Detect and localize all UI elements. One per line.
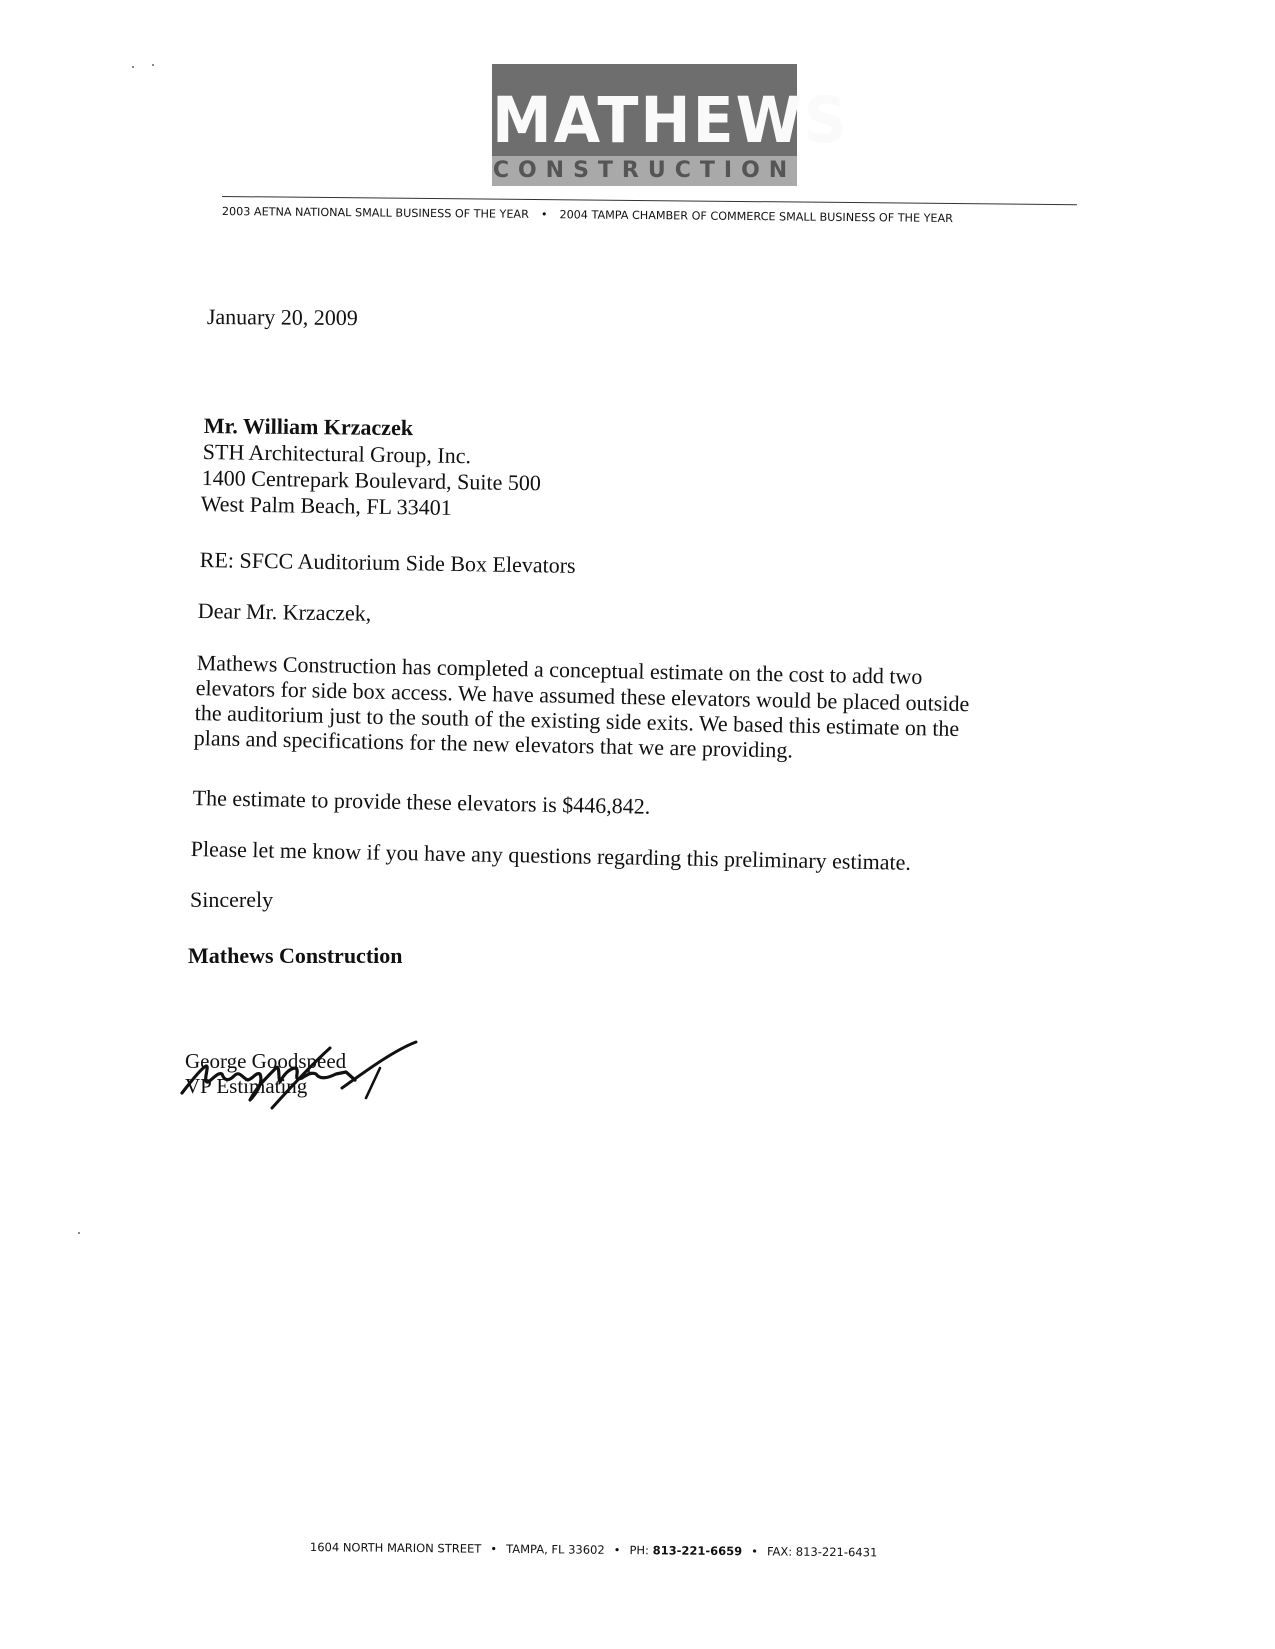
estimate-line: The estimate to provide these elevators …	[193, 785, 651, 820]
footer-street: 1604 NORTH MARION STREET	[310, 1540, 482, 1556]
footer-phone-label: PH:	[629, 1543, 649, 1557]
footer-phone: 813-221-6659	[653, 1543, 743, 1558]
recipient-name: Mr. William Krzaczek	[204, 413, 413, 441]
footer-fax: 813-221-6431	[796, 1545, 878, 1560]
company-signoff: Mathews Construction	[188, 943, 403, 969]
subject-line: RE: SFCC Auditorium Side Box Elevators	[200, 547, 576, 579]
signer-name: George Goodspeed	[185, 1048, 346, 1074]
letter-date: January 20, 2009	[207, 304, 358, 331]
bullet-separator: •	[614, 1543, 621, 1557]
bullet-separator: •	[490, 1542, 497, 1556]
footer-fax-label: FAX:	[767, 1544, 792, 1558]
signer-title: VP Estimating	[185, 1073, 307, 1099]
recipient-address-line2: West Palm Beach, FL 33401	[201, 491, 452, 521]
closing: Sincerely	[190, 887, 273, 913]
salutation: Dear Mr. Krzaczek,	[198, 598, 372, 627]
footer-city: TAMPA, FL 33602	[506, 1542, 605, 1557]
closing-request: Please let me know if you have any quest…	[191, 836, 912, 876]
letter-body: January 20, 2009 Mr. William Krzaczek ST…	[0, 0, 1275, 1649]
bullet-separator: •	[751, 1544, 758, 1558]
